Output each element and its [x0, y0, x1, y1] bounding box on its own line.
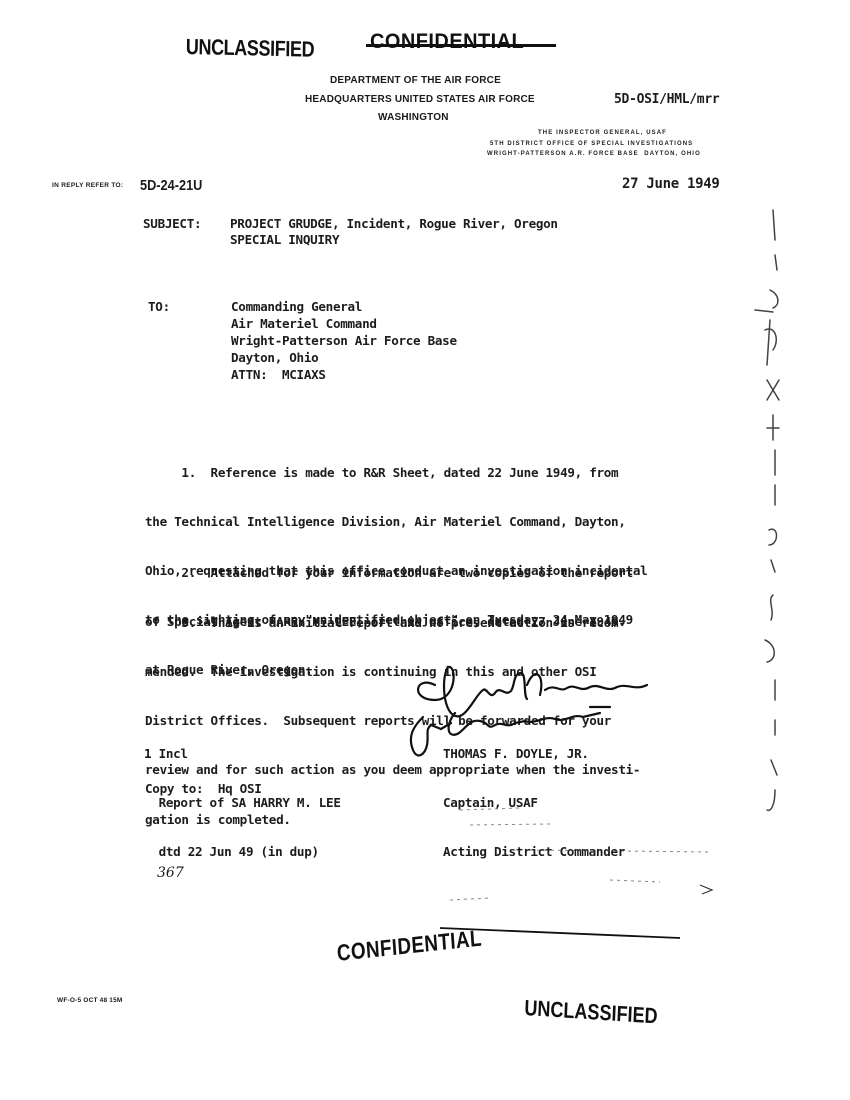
enclosure-line: dtd 22 Jun 49 (in dup) — [144, 844, 341, 860]
to-line: Air Materiel Command — [231, 316, 377, 331]
confidential-stamp-bottom: CONFIDENTIAL — [336, 925, 483, 967]
margin-handwritten-note — [745, 200, 805, 820]
signer-name: THOMAS F. DOYLE, JR. — [443, 746, 625, 762]
reply-refer-label: IN REPLY REFER TO: — [52, 182, 123, 189]
enclosure-line: 1 Incl — [144, 746, 341, 762]
unclassified-stamp-top: UNCLASSIFIED — [186, 34, 315, 63]
handwritten-number: 367 — [157, 865, 184, 881]
letterhead-headquarters: HEADQUARTERS UNITED STATES AIR FORCE — [305, 94, 535, 105]
to-line: Dayton, Ohio — [231, 350, 318, 365]
office-line-2: 5TH DISTRICT OFFICE OF SPECIAL INVESTIGA… — [490, 141, 693, 147]
file-code: 5D-OSI/HML/mrr — [614, 92, 719, 107]
form-identifier: WF-O-5 OCT 48 15M — [57, 997, 123, 1004]
copy-to: Copy to: Hq OSI — [145, 781, 262, 796]
confidential-stamp-top: CONFIDENTIAL — [370, 30, 524, 54]
subject-line-1: PROJECT GRUDGE, Incident, Rogue River, O… — [230, 216, 558, 231]
paragraph-line: the Technical Intelligence Division, Air… — [145, 514, 647, 530]
to-line: Wright-Patterson Air Force Base — [231, 333, 457, 348]
enclosure-line: Report of SA HARRY M. LEE — [144, 795, 341, 811]
office-line-1: THE INSPECTOR GENERAL, USAF — [538, 130, 667, 136]
paragraph-line: 1. Reference is made to R&R Sheet, dated… — [145, 465, 647, 481]
to-line: Commanding General — [231, 299, 362, 314]
strikethrough-line — [366, 44, 556, 47]
for-mark: for — [410, 700, 411, 701]
paragraph-line: 2. Attached for your information are two… — [145, 565, 633, 581]
subject-label: SUBJECT: — [143, 216, 201, 231]
faded-stamp-marks — [430, 790, 730, 940]
to-line: ATTN: MCIAXS — [231, 367, 326, 382]
to-label: TO: — [148, 299, 170, 314]
paragraph-line: 3. This is an initial report and no pres… — [145, 615, 640, 631]
subject-line-2: SPECIAL INQUIRY — [230, 232, 339, 247]
reply-refer-value: 5D-24-21U — [140, 177, 202, 194]
unclassified-stamp-bottom: UNCLASSIFIED — [524, 995, 658, 1029]
office-line-3: WRIGHT-PATTERSON A.R. FORCE BASE DAYTON,… — [487, 151, 701, 157]
letter-date: 27 June 1949 — [622, 176, 720, 192]
letterhead-department: DEPARTMENT OF THE AIR FORCE — [330, 75, 501, 86]
letterhead-city: WASHINGTON — [378, 112, 449, 123]
